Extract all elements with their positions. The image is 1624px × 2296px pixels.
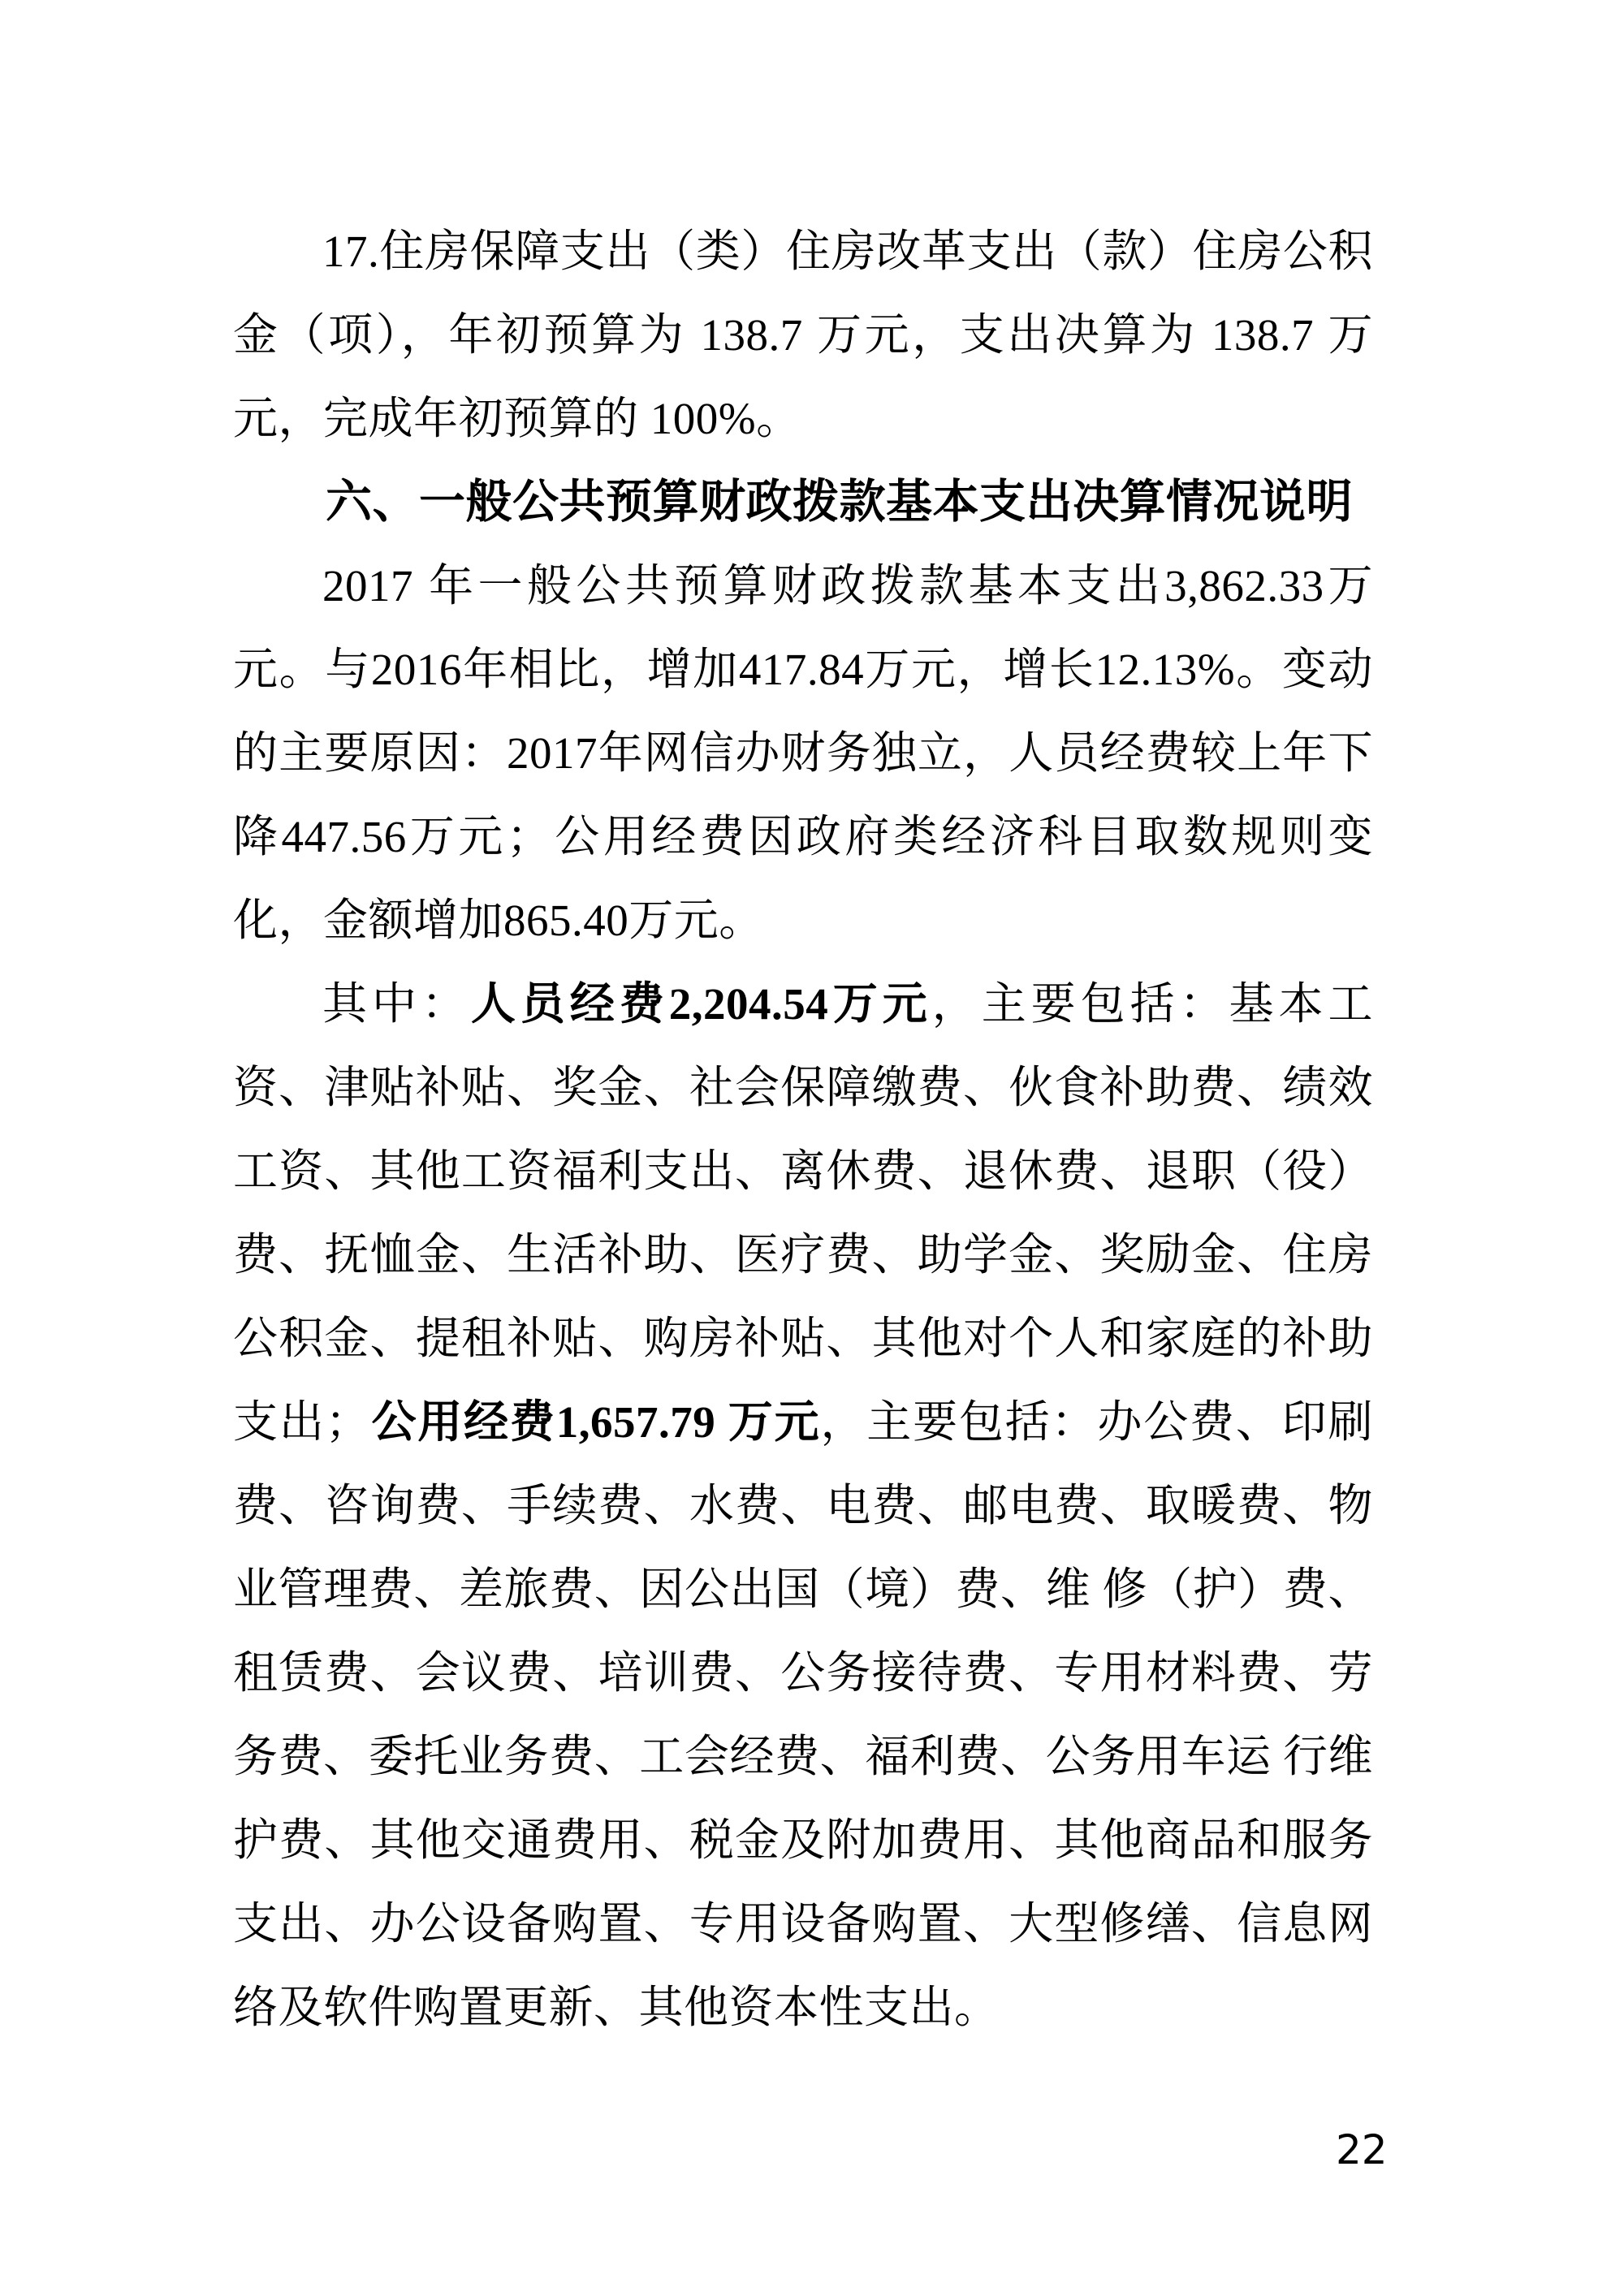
section-heading: 六、一般公共预算财政拨款基本支出决算情况说明 [233, 460, 1373, 544]
text-segment: 2017 年一般公共预算财政拨款基本支出3,862.33万元。与2016年相比，… [233, 561, 1373, 945]
paragraph-basic-expenditure-summary: 2017 年一般公共预算财政拨款基本支出3,862.33万元。与2016年相比，… [233, 544, 1373, 962]
text-segment: 公用经费1,657.79 万元 [370, 1397, 820, 1447]
text-segment: 人员经费2,204.54万元 [471, 979, 932, 1029]
text-segment: 六、一般公共预算财政拨款基本支出决算情况说明 [326, 476, 1353, 528]
paragraph-expenditure-breakdown: 其中：人员经费2,204.54万元，主要包括：基本工资、津贴补贴、奖金、社会保障… [233, 962, 1373, 2049]
page-number: 22 [1336, 2127, 1388, 2173]
text-segment: ，主要包括：基本工资、津贴补贴、奖金、社会保障缴费、伙食补助费、绩效工资、其他工… [233, 979, 1373, 1447]
text-segment: 其中： [322, 979, 471, 1029]
text-segment: ，主要包括：办公费、印刷费、咨询费、手续费、水费、电费、邮电费、取暖费、物业管理… [233, 1397, 1373, 2032]
text-segment: 17.住房保障支出（类）住房改革支出（款）住房公积金（项），年初预算为 138.… [233, 227, 1373, 443]
paragraph-item-17: 17.住房保障支出（类）住房改革支出（款）住房公积金（项），年初预算为 138.… [233, 209, 1373, 460]
document-page: 17.住房保障支出（类）住房改革支出（款）住房公积金（项），年初预算为 138.… [0, 0, 1624, 2296]
text-block: 17.住房保障支出（类）住房改革支出（款）住房公积金（项），年初预算为 138.… [233, 209, 1373, 2049]
